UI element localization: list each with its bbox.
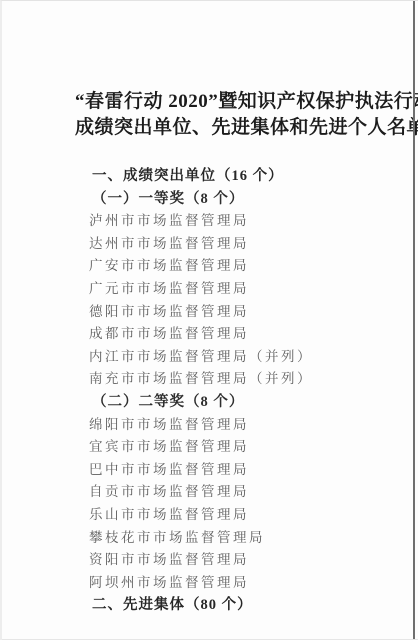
list-item: 达州市市场监督管理局: [2, 233, 418, 256]
section-heading: 一、成绩突出单位（16 个）: [2, 165, 418, 188]
list-item: 巴中市市场监督管理局: [2, 459, 418, 482]
list-item: 广安市市场监督管理局: [2, 255, 418, 278]
list-item: 广元市市场监督管理局: [2, 278, 418, 301]
list-item: 绵阳市市场监督管理局: [2, 414, 418, 437]
document-title-line2: 成绩突出单位、先进集体和先进个人名单: [75, 115, 418, 141]
list-item: 成都市市场监督管理局: [2, 323, 418, 346]
list-item: 宜宾市市场监督管理局: [2, 436, 418, 459]
list-item: 泸州市市场监督管理局: [2, 210, 418, 233]
list-item: 德阳市市场监督管理局: [2, 301, 418, 324]
sub-heading: （一）一等奖（8 个）: [2, 188, 418, 211]
document-body: 一、成绩突出单位（16 个） （一）一等奖（8 个） 泸州市市场监督管理局 达州…: [2, 165, 418, 617]
list-item: 南充市市场监督管理局（并列）: [2, 368, 418, 391]
list-item: 内江市市场监督管理局（并列）: [2, 346, 418, 369]
section-heading: 二、先进集体（80 个）: [2, 594, 418, 617]
list-item: 资阳市市场监督管理局: [2, 549, 418, 572]
list-item: 攀枝花市市场监督管理局: [2, 527, 418, 550]
document-title: “春雷行动 2020”暨知识产权保护执法行动 成绩突出单位、先进集体和先进个人名…: [75, 89, 418, 141]
list-item: 乐山市市场监督管理局: [2, 504, 418, 527]
sub-heading: （二）二等奖（8 个）: [2, 391, 418, 414]
document-title-line1: “春雷行动 2020”暨知识产权保护执法行动: [75, 89, 418, 115]
document-page: “春雷行动 2020”暨知识产权保护执法行动 成绩突出单位、先进集体和先进个人名…: [0, 0, 418, 640]
list-item: 自贡市市场监督管理局: [2, 481, 418, 504]
list-item: 阿坝州市场监督管理局: [2, 572, 418, 595]
page-edge-line: [413, 1, 415, 640]
